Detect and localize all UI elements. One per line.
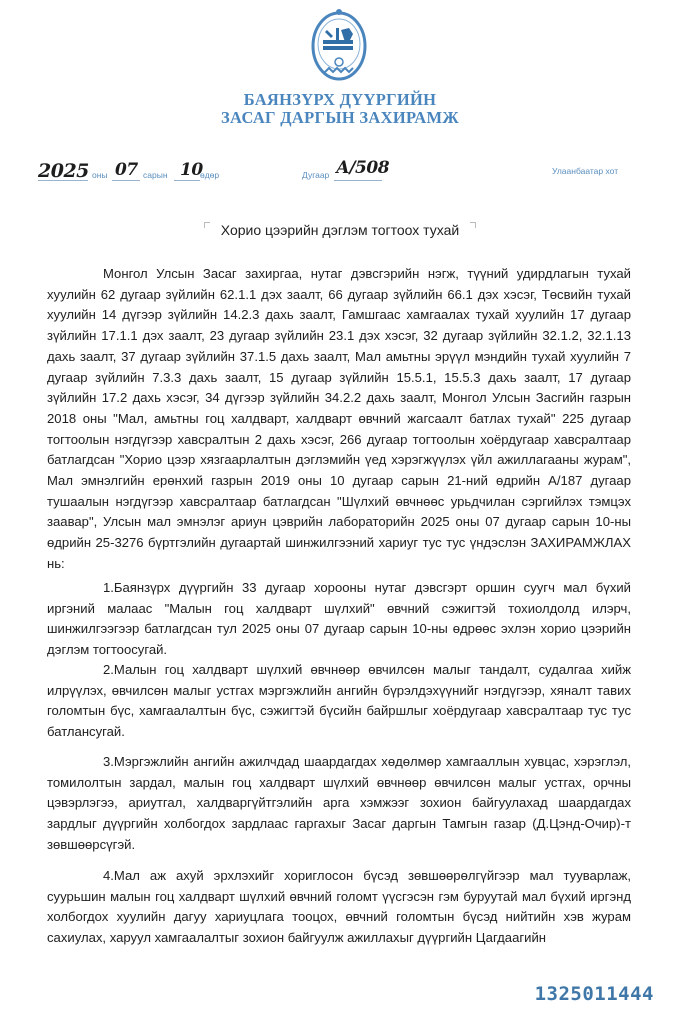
paragraph-text: Монгол Улсын Засаг захиргаа, нутаг дэвсг…	[47, 264, 631, 575]
place-label: Улаанбаатар хот	[552, 166, 618, 176]
number-line	[334, 180, 382, 181]
paragraph-text: 1.Баянзүрх дүүргийн 33 дугаар хорооны ну…	[47, 578, 631, 661]
org-name-line2: ЗАСАГ ДАРГЫН ЗАХИРАМЖ	[0, 108, 680, 128]
clause-4: 4.Мал аж ахуй эрхлэхийг хориглосон бүсэд…	[47, 866, 631, 949]
document-title: Хорио цээрийн дэглэм тогтоох тухай	[0, 222, 680, 238]
document-meta-row: 2025 оны 07 сарын 10 өдөр Дугаар А/508 У…	[0, 158, 680, 188]
year-line	[38, 180, 88, 181]
mongolia-state-emblem-icon	[301, 8, 377, 84]
paragraph-text: 2.Малын гоц халдварт шүлхий өвчнөөр өвчи…	[47, 660, 631, 743]
day-label: өдөр	[200, 170, 219, 180]
org-name-line1: БАЯНЗҮРХ ДҮҮРГИЙН	[0, 90, 680, 110]
paragraph-text: 3.Мэргэжлийн ангийн ажилчдад шаардагдах …	[47, 752, 631, 856]
preamble-paragraph: Монгол Улсын Засаг захиргаа, нутаг дэвсг…	[47, 264, 631, 575]
year-label: оны	[92, 170, 108, 180]
paragraph-text: 4.Мал аж ахуй эрхлэхийг хориглосон бүсэд…	[47, 866, 631, 949]
month-line	[112, 180, 140, 181]
clause-2: 2.Малын гоц халдварт шүлхий өвчнөөр өвчи…	[47, 660, 631, 743]
number-value: А/508	[336, 158, 389, 178]
day-line	[174, 180, 200, 181]
year-value: 2025	[38, 160, 89, 182]
month-value: 07	[115, 160, 138, 180]
clause-1: 1.Баянзүрх дүүргийн 33 дугаар хорооны ну…	[47, 578, 631, 661]
number-label: Дугаар	[302, 170, 329, 180]
stamp-number: 1325011444	[535, 983, 654, 1005]
clause-3: 3.Мэргэжлийн ангийн ажилчдад шаардагдах …	[47, 752, 631, 856]
month-label: сарын	[143, 170, 168, 180]
